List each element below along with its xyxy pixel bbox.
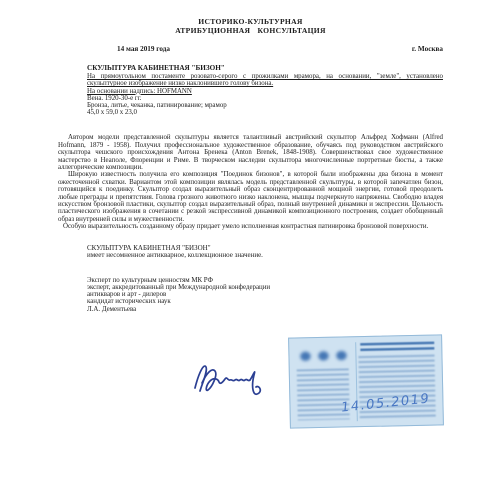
expert-name: Л.А. Дементьева <box>87 306 443 313</box>
body-paragraph-2: Широкую известность получила его компози… <box>58 171 443 223</box>
body-paragraph-3: Особую выразительность созданному образу… <box>58 223 443 230</box>
object-materials: Бронза, литье, чеканка, патинирование; м… <box>87 102 443 109</box>
expert-signature-block: Эксперт по культурным ценностям МК РФ эк… <box>87 277 443 313</box>
expert-credential-line-4: кандидат исторических наук <box>87 298 443 305</box>
attribution-document: ИСТОРИКО-КУЛЬТУРНАЯ АТРИБУЦИОННАЯ КОНСУЛ… <box>0 0 500 500</box>
object-origin: Вена. 1920-30-е гг. <box>87 95 443 102</box>
conclusion-statement: имеет несомненное антикварное, коллекцио… <box>87 252 443 259</box>
stamp-right-header-rows <box>360 342 434 355</box>
ink-stamp <box>288 334 444 428</box>
document-date: 14 мая 2019 года <box>117 45 170 53</box>
expert-credential-line-3: антикваров и арт - дилеров <box>87 291 443 298</box>
body-paragraph-1: Автором модели представленной скульптуры… <box>58 134 443 171</box>
object-dimensions: 45,0 х 59,0 х 23,0 <box>87 109 443 116</box>
expert-credential-line-1: Эксперт по культурным ценностям МК РФ <box>87 277 443 284</box>
object-description: На прямоугольном постаменте розовато-сер… <box>87 73 443 87</box>
object-block: СКУЛЬПТУРА КАБИНЕТНАЯ "БИЗОН" На прямоуг… <box>87 65 443 116</box>
object-inscription: На основании надпись: HOFMANN <box>87 88 443 95</box>
document-title-line2: АТРИБУЦИОННАЯ КОНСУЛЬТАЦИЯ <box>58 26 443 35</box>
document-city: г. Москва <box>412 45 443 53</box>
conclusion-block: СКУЛЬПТУРА КАБИНЕТНАЯ "БИЗОН" имеет несо… <box>87 245 443 260</box>
document-header: ИСТОРИКО-КУЛЬТУРНАЯ АТРИБУЦИОННАЯ КОНСУЛ… <box>58 17 443 35</box>
document-title-line1: ИСТОРИКО-КУЛЬТУРНАЯ <box>58 17 443 26</box>
date-row: 14 мая 2019 года г. Москва <box>58 45 443 53</box>
handwritten-signature <box>190 354 268 404</box>
expert-credential-line-2: эксперт, аккредитованный при Международн… <box>87 284 443 291</box>
object-title: СКУЛЬПТУРА КАБИНЕТНАЯ "БИЗОН" <box>87 65 443 72</box>
stamp-emblem <box>295 344 349 367</box>
document-body: Автором модели представленной скульптуры… <box>58 134 443 230</box>
